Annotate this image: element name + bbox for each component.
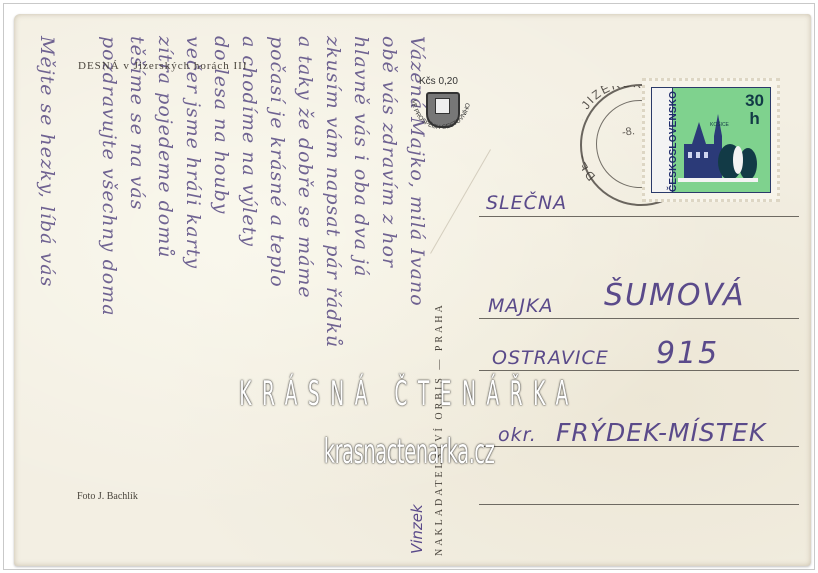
letter-line: Mějte se hezky, líbá vás: [36, 36, 58, 287]
card-crease: [430, 149, 569, 298]
address-line: [479, 504, 799, 505]
stamp-value: 30 h: [745, 92, 764, 128]
svg-text:VE PROSPĚCH CESTOVNÍHO RUCHU: VE PROSPĚCH CESTOVNÍHO RUCHU: [406, 86, 472, 131]
postage-stamp: ČESKOSLOVENSKO KOŠICE 30: [642, 78, 780, 202]
stamp-country: ČESKOSLOVENSKO: [652, 88, 673, 192]
address-town: OSTRAVICE: [492, 347, 609, 369]
tourism-logo: Kčs 0,20 VE PROSPĚCH CESTOVNÍHO RUCHU: [404, 74, 478, 148]
address-salutation: SLEČNA: [486, 192, 567, 214]
address-first-name: MAJKA: [488, 295, 553, 317]
letter-line: počasí je krásné a teplo: [266, 36, 288, 288]
handwritten-letter: Vázená Majko, milá Ivano obě vás zdravím…: [28, 26, 428, 566]
stamp-design: ČESKOSLOVENSKO KOŠICE 30: [651, 87, 771, 193]
logo-ring-text: VE PROSPĚCH CESTOVNÍHO RUCHU: [406, 86, 476, 146]
letter-line: hlavně vás i oba dva já: [350, 36, 372, 277]
letter-line: obě vás zdravím z hor: [378, 36, 400, 268]
address-house-number: 915: [656, 336, 719, 371]
address-line: [479, 370, 799, 371]
postcard-back: Vázená Majko, milá Ivano obě vás zdravím…: [14, 14, 811, 566]
letter-line: zkusím vám napsat pár řádků: [322, 36, 344, 348]
watermark-title: KRÁSNÁ ČTENÁŘKA: [184, 374, 634, 414]
letter-line: pozdravujte všechny doma: [98, 36, 120, 317]
publisher-imprint: NAKLADATELSTVÍ ORBIS — PRAHA: [434, 302, 445, 556]
watermark-url: krasnactenarka.cz: [172, 432, 646, 472]
letter-line: a taky že dobře se máme: [294, 36, 316, 299]
signature: Vinzek: [408, 504, 426, 554]
image-frame: Vázená Majko, milá Ivano obě vás zdravím…: [3, 3, 815, 570]
postcard-caption: DESNÁ v Jizerských horách III: [78, 60, 248, 72]
photo-credit: Foto J. Bachlík: [77, 491, 138, 502]
address-surname: ŠUMOVÁ: [604, 278, 746, 313]
postmark-date: -8.: [621, 125, 635, 139]
stamp-city: KOŠICE: [710, 122, 729, 128]
address-line: [479, 318, 799, 319]
address-line: [479, 216, 799, 217]
